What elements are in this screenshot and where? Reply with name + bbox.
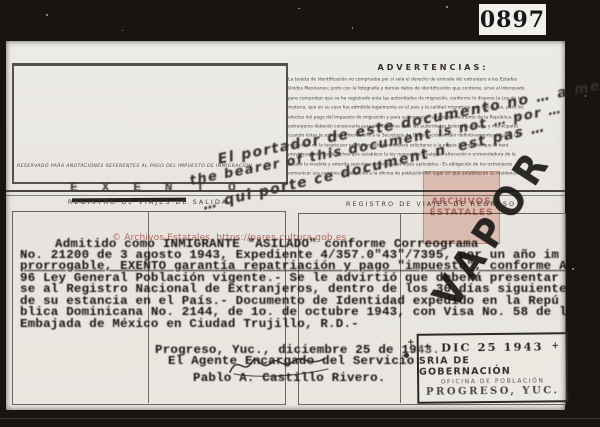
dust-speck bbox=[46, 14, 48, 16]
stamp-date-row: + DIC 25 1943 + bbox=[423, 339, 561, 354]
card-number: 0897 bbox=[480, 7, 545, 33]
typed-text-line: prorrogable, EXENTO garantía repatriació… bbox=[20, 260, 590, 273]
typed-text-line: se al Registro Nacional de Extranjeros, … bbox=[20, 283, 575, 296]
photo-background: 0897 E X E N T O. RESERVADO PARA ANOTACI… bbox=[0, 0, 600, 427]
stamp-date: DIC 25 1943 bbox=[441, 339, 544, 354]
stamp-org: SRIA DE GOBERNACIÓN bbox=[419, 354, 566, 378]
typed-text-line: Embajada de México en Ciudad Trujillo, R… bbox=[20, 318, 359, 331]
dust-speck bbox=[298, 8, 300, 9]
stamp-star-left: + bbox=[423, 342, 433, 352]
card-number-plate: 0897 bbox=[479, 4, 546, 35]
stamp-office: OFICINA DE POBLACIÓN bbox=[441, 377, 545, 385]
dust-speck bbox=[446, 6, 448, 8]
stamp-mark-dot bbox=[404, 353, 409, 358]
signature bbox=[224, 350, 336, 380]
photo-edge-line bbox=[0, 418, 600, 419]
date-stamp-box: + DIC 25 1943 + SRIA DE GOBERNACIÓN OFIC… bbox=[417, 332, 569, 404]
advertencias-title: ADVERTENCIAS: bbox=[358, 63, 508, 72]
advertencias-line: La tarjeta de identificación no comprueb… bbox=[288, 75, 570, 84]
typed-text-line: blica Dominicana No. 2144, de 1o. de oct… bbox=[20, 306, 575, 319]
stamp-star-right: + bbox=[551, 341, 561, 351]
dust-speck bbox=[352, 27, 353, 29]
stamp-city: PROGRESO, YUC. bbox=[426, 385, 560, 397]
dust-speck bbox=[122, 30, 123, 31]
stamp-mark-cross: + bbox=[407, 338, 415, 348]
